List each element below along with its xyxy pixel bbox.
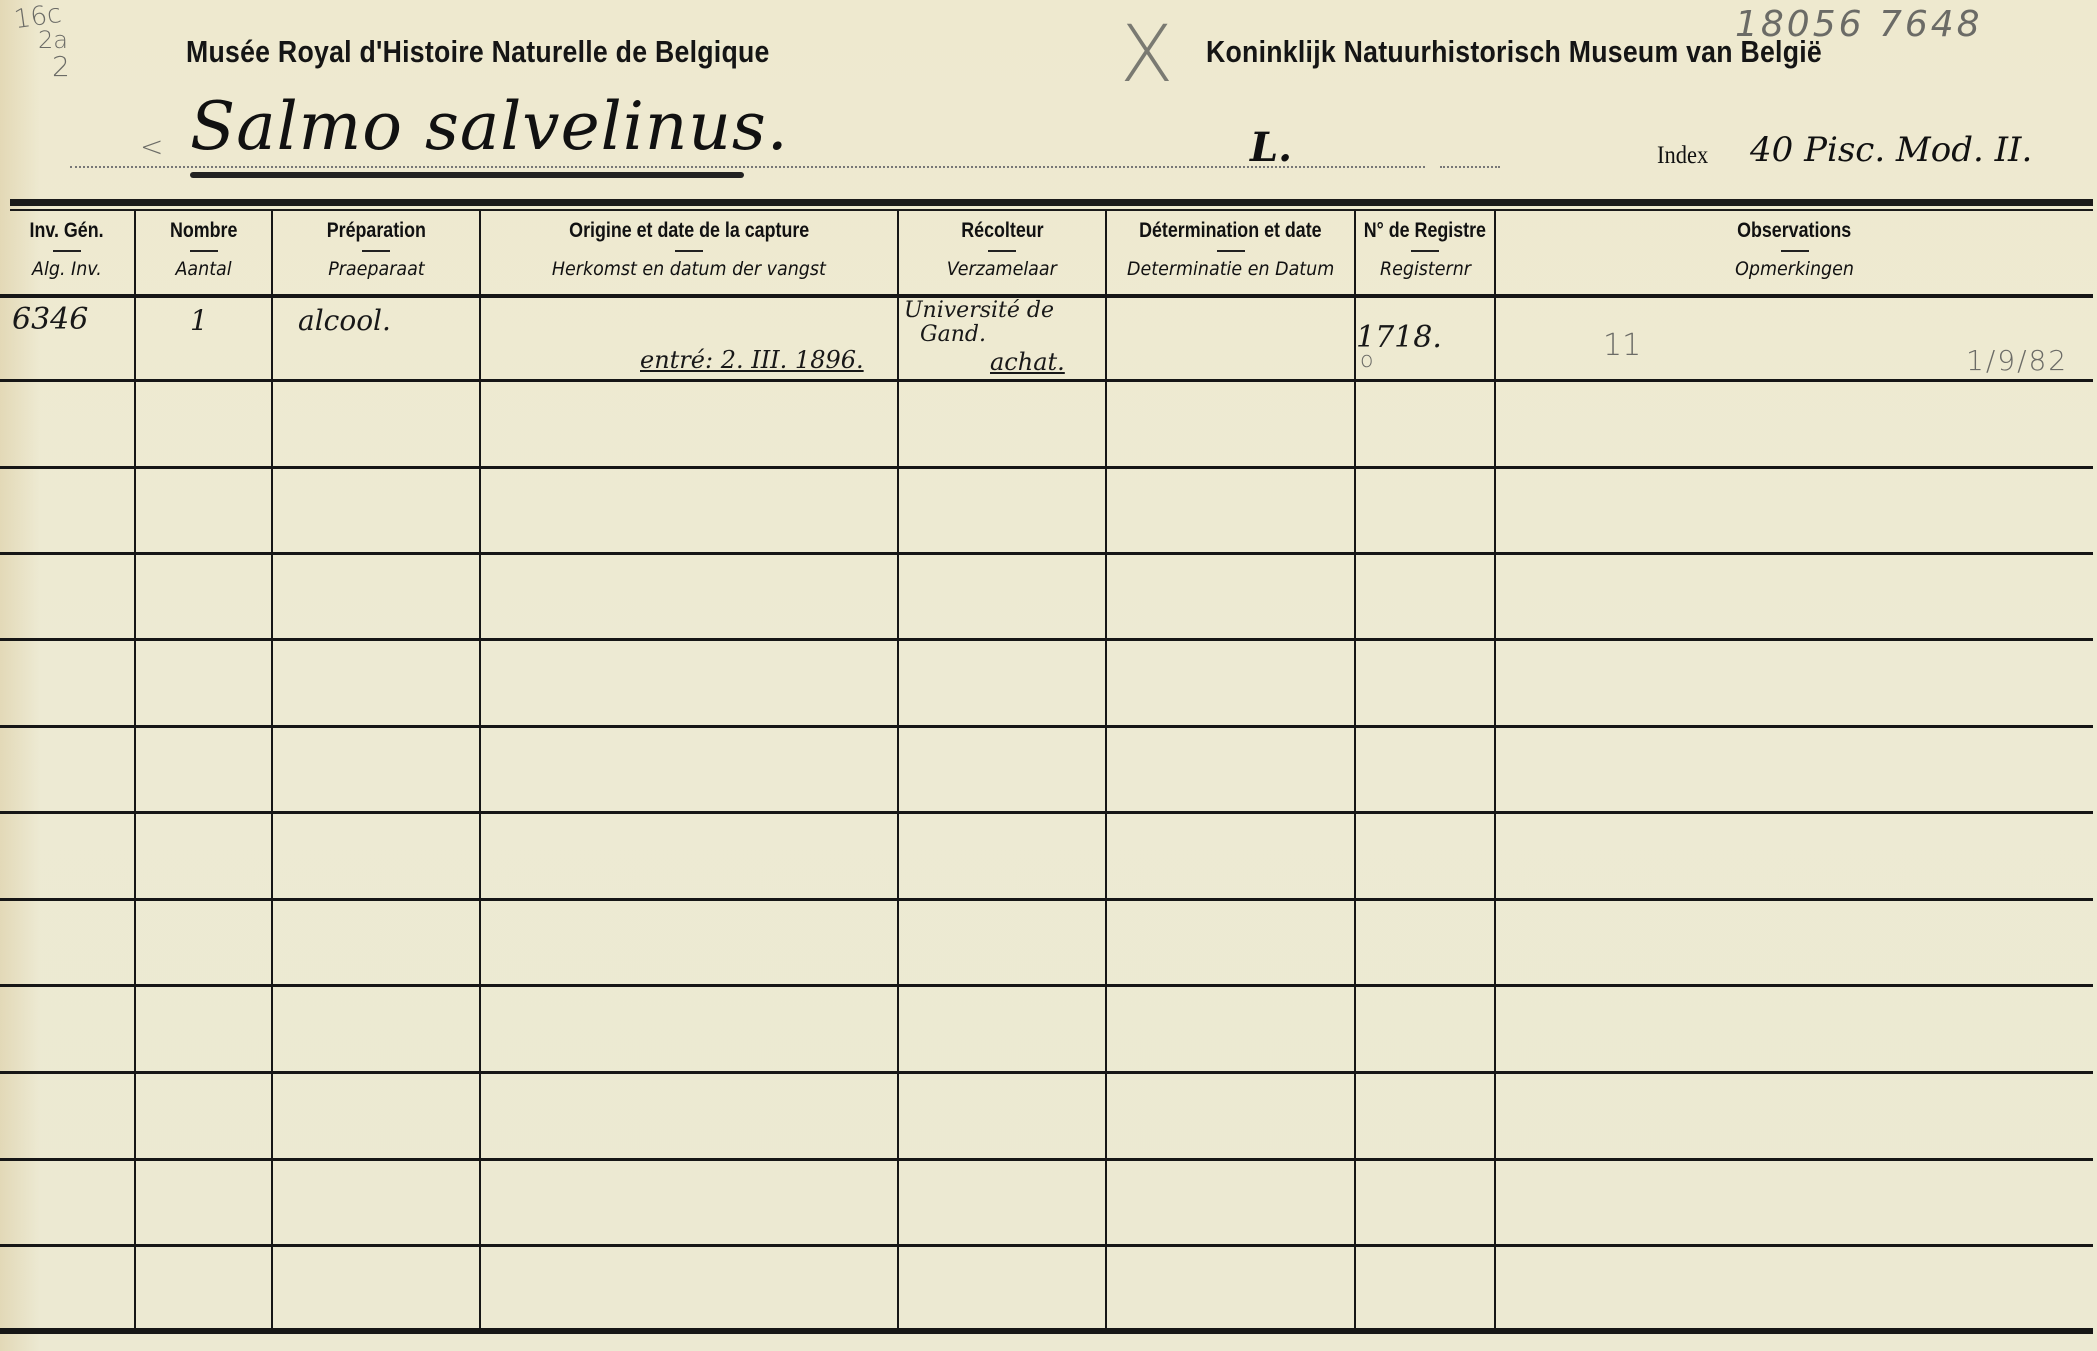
species-author: L. <box>1250 124 1292 171</box>
observations-mark: 11 <box>1603 328 1641 363</box>
column-header-fr: Nombre <box>170 219 237 243</box>
index-label: Index <box>1657 142 1708 170</box>
header-top-rule <box>10 199 2093 206</box>
column-header-fr: Inv. Gén. <box>30 219 104 243</box>
cell-recolteur-line1: Université de <box>904 298 1054 323</box>
cross-mark: X <box>1120 10 1173 100</box>
row-line <box>0 552 2093 555</box>
column-header-recolteur: Récolteur Verzamelaar <box>899 213 1105 293</box>
registre-circle-mark: o <box>1360 348 1373 373</box>
table-bottom-rule <box>0 1328 2093 1334</box>
table-row: 6346 1 alcool. entré: 2. III. 1896. Univ… <box>0 298 2093 379</box>
species-name: Salmo salvelinus. <box>190 88 789 165</box>
header-dash <box>1781 250 1809 252</box>
header-dash <box>675 250 703 252</box>
column-header-nl: Opmerkingen <box>1735 258 1854 280</box>
observations-date: 1/9/82 <box>1966 344 2068 377</box>
header-dutch: Koninklijk Natuurhistorisch Museum van B… <box>1206 34 1822 70</box>
cell-nombre: 1 <box>190 304 208 337</box>
species-dotted-line <box>70 166 1425 168</box>
pencil-note-2: 2 <box>52 50 70 83</box>
cell-recolteur-line2: Gand. <box>920 322 986 347</box>
column-header-determination: Détermination et date Determinatie en Da… <box>1107 213 1354 293</box>
column-header-origine: Origine et date de la capture Herkomst e… <box>481 213 897 293</box>
column-header-nombre: Nombre Aantal <box>136 213 271 293</box>
header-dash <box>1217 250 1245 252</box>
species-underline <box>190 172 744 178</box>
column-header-fr: Origine et date de la capture <box>569 219 809 243</box>
column-header-nl: Determinatie en Datum <box>1127 258 1334 280</box>
header-top-thin-rule <box>10 209 2093 211</box>
column-header-fr: Détermination et date <box>1139 219 1322 243</box>
column-header-observations: Observations Opmerkingen <box>1496 213 2093 293</box>
cell-recolteur-line3: achat. <box>990 348 1065 376</box>
row-line <box>0 1071 2093 1074</box>
column-header-nl: Verzamelaar <box>947 258 1057 280</box>
header-french: Musée Royal d'Histoire Naturelle de Belg… <box>186 34 770 70</box>
cell-inv: 6346 <box>12 302 88 337</box>
column-header-fr: N° de Registre <box>1364 219 1486 243</box>
row-line <box>0 638 2093 641</box>
row-line <box>0 811 2093 814</box>
header-dash <box>1411 250 1439 252</box>
column-header-fr: Récolteur <box>961 219 1043 243</box>
row-line <box>0 1244 2093 1247</box>
row-line <box>0 1158 2093 1161</box>
index-value: 40 Pisc. Mod. II. <box>1750 130 2032 170</box>
museum-catalog-card: 16c 2a 2 18056 7648 X Musée Royal d'Hist… <box>0 0 2097 1351</box>
species-prefix-mark: < <box>140 130 163 163</box>
row-line <box>0 984 2093 987</box>
row-line <box>0 379 2093 382</box>
header-dash <box>988 250 1016 252</box>
column-header-inv: Inv. Gén. Alg. Inv. <box>0 213 134 293</box>
header-dash <box>362 250 390 252</box>
column-header-preparation: Préparation Praeparaat <box>273 213 479 293</box>
row-line <box>0 466 2093 469</box>
column-header-nl: Registernr <box>1379 258 1470 280</box>
cell-preparation: alcool. <box>298 304 391 337</box>
column-header-nl: Alg. Inv. <box>32 258 102 280</box>
row-line <box>0 898 2093 901</box>
cell-origine: entré: 2. III. 1896. <box>640 346 864 374</box>
species-dotted-line-right <box>1440 166 1500 168</box>
column-header-nl: Praeparaat <box>328 258 424 280</box>
column-header-registre: N° de Registre Registernr <box>1356 213 1494 293</box>
column-header-fr: Préparation <box>326 219 425 243</box>
row-line <box>0 725 2093 728</box>
column-header-nl: Aantal <box>175 258 231 280</box>
header-dash <box>190 250 218 252</box>
header-dash <box>53 250 81 252</box>
column-header-fr: Observations <box>1737 219 1851 243</box>
column-header-nl: Herkomst en datum der vangst <box>552 258 826 280</box>
